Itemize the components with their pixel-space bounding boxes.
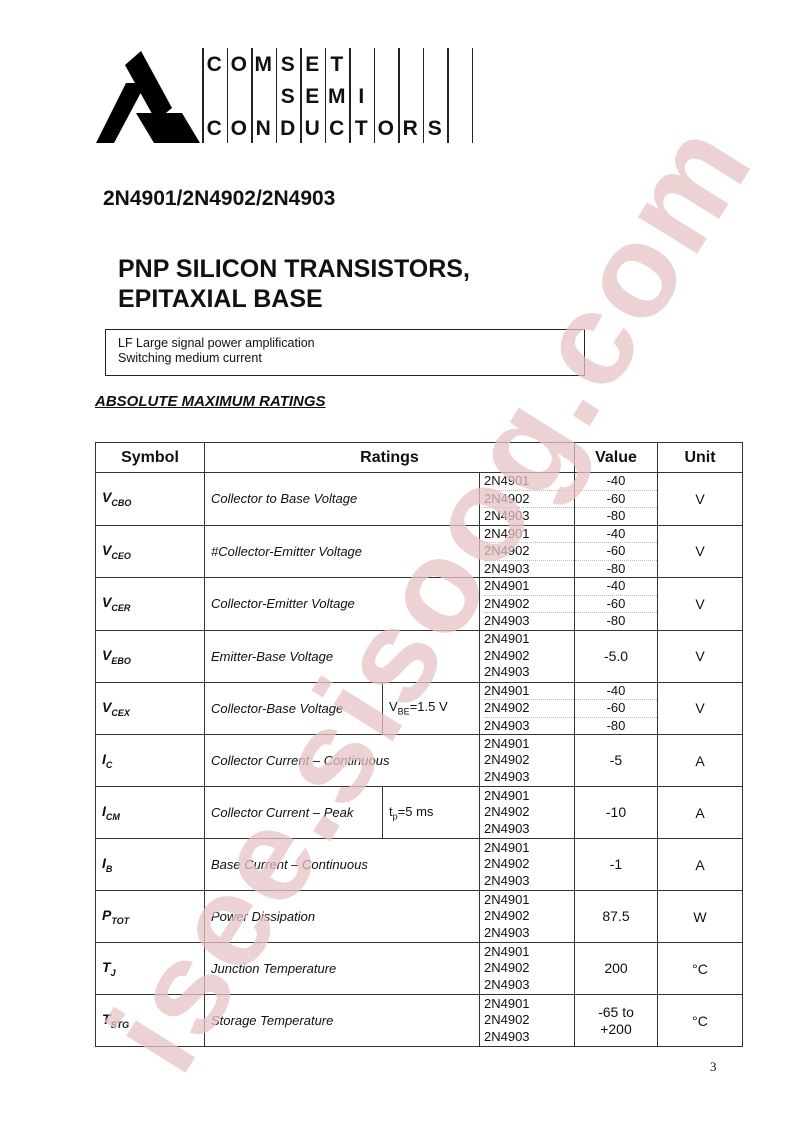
part-number: 2N4903 xyxy=(484,561,574,578)
part-number: 2N4903 xyxy=(484,873,574,890)
part-number: 2N4901 xyxy=(484,788,574,805)
value: 200 xyxy=(575,960,657,977)
logo-letter: T xyxy=(349,114,374,144)
table-row: VCBOCollector to Base Voltage2N49012N490… xyxy=(96,473,743,526)
header-ratings: Ratings xyxy=(205,443,575,473)
logo-divider xyxy=(227,48,229,143)
part-number: 2N4901 xyxy=(484,683,574,701)
logo-divider xyxy=(447,48,449,143)
logo-letter xyxy=(447,82,472,112)
part-number: 2N4903 xyxy=(484,613,574,630)
part-number: 2N4902 xyxy=(484,856,574,873)
symbol-cell: VCBO xyxy=(96,473,205,526)
logo-letter: N xyxy=(251,114,276,144)
part-numbers-cell: 2N49012N49022N4903 xyxy=(480,682,575,735)
logo-divider xyxy=(251,48,253,143)
table-row: VCERCollector-Emitter Voltage2N49012N490… xyxy=(96,578,743,631)
logo-divider xyxy=(276,48,278,143)
logo-letter xyxy=(398,82,423,112)
part-numbers-cell: 2N49012N49022N4903 xyxy=(480,735,575,787)
part-number: 2N4903 xyxy=(484,977,574,994)
logo-letter xyxy=(227,82,252,112)
rating-description: Junction Temperature xyxy=(205,943,480,995)
part-number: 2N4903 xyxy=(484,925,574,942)
part-numbers-cell: 2N49012N49022N4903 xyxy=(480,943,575,995)
logo-divider xyxy=(374,48,376,143)
logo-letter: M xyxy=(251,50,276,80)
table-row: VCEO#Collector-Emitter Voltage2N49012N49… xyxy=(96,525,743,578)
unit-cell: °C xyxy=(658,995,743,1047)
value: -60 xyxy=(575,543,657,561)
value: -80 xyxy=(575,718,657,735)
value: -60 xyxy=(575,491,657,509)
rating-description: Emitter-Base Voltage xyxy=(205,630,480,682)
page-number: 3 xyxy=(710,1059,717,1075)
logo-letter: M xyxy=(325,82,350,112)
unit-cell: V xyxy=(658,578,743,631)
symbol-cell: TSTG xyxy=(96,995,205,1047)
table-row: TJJunction Temperature2N49012N49022N4903… xyxy=(96,943,743,995)
part-number: 2N4901 xyxy=(484,840,574,857)
logo-letter: O xyxy=(227,114,252,144)
unit-cell: V xyxy=(658,682,743,735)
symbol-cell: VEBO xyxy=(96,630,205,682)
value-cell: 200 xyxy=(575,943,658,995)
part-number: 2N4902 xyxy=(484,1012,574,1029)
table-row: PTOTPower Dissipation2N49012N49022N49038… xyxy=(96,891,743,943)
logo-letter: S xyxy=(423,114,448,144)
feature-item: Switching medium current xyxy=(118,351,584,366)
value-cell: -5 xyxy=(575,735,658,787)
logo-letter: D xyxy=(276,114,301,144)
value: -65 to xyxy=(575,1004,657,1021)
logo-letter xyxy=(202,82,227,112)
unit-cell: V xyxy=(658,473,743,526)
logo-letter xyxy=(251,82,276,112)
rating-description: Collector-Base Voltage xyxy=(205,682,383,735)
main-title-line-2: EPITAXIAL BASE xyxy=(118,284,470,314)
logo-row: CONDUCTORS xyxy=(202,114,472,144)
logo-letter: R xyxy=(398,114,423,144)
part-number: 2N4903 xyxy=(484,821,574,838)
unit-cell: A xyxy=(658,735,743,787)
value: -1 xyxy=(575,856,657,873)
value: -5 xyxy=(575,752,657,769)
rating-description: Base Current – Continuous xyxy=(205,839,480,891)
symbol-cell: PTOT xyxy=(96,891,205,943)
symbol-cell: IB xyxy=(96,839,205,891)
rating-description: Collector to Base Voltage xyxy=(205,473,480,526)
logo-letter: C xyxy=(202,50,227,80)
logo-letter xyxy=(447,114,472,144)
unit-cell: V xyxy=(658,525,743,578)
logo-letter: C xyxy=(325,114,350,144)
unit-cell: V xyxy=(658,630,743,682)
part-number-title: 2N4901/2N4902/2N4903 xyxy=(103,187,335,211)
part-number: 2N4902 xyxy=(484,752,574,769)
logo-divider xyxy=(423,48,425,143)
table-row: ICCollector Current – Continuous2N49012N… xyxy=(96,735,743,787)
features-box: LF Large signal power amplification Swit… xyxy=(105,329,585,376)
part-numbers-cell: 2N49012N49022N4903 xyxy=(480,995,575,1047)
part-numbers-cell: 2N49012N49022N4903 xyxy=(480,473,575,526)
part-number: 2N4902 xyxy=(484,491,574,509)
logo-letter xyxy=(349,50,374,80)
part-number: 2N4903 xyxy=(484,718,574,735)
logo-row: COMSET xyxy=(202,50,472,80)
part-number: 2N4901 xyxy=(484,892,574,909)
value: -40 xyxy=(575,473,657,491)
header-symbol: Symbol xyxy=(96,443,205,473)
symbol-cell: VCEX xyxy=(96,682,205,735)
part-number: 2N4901 xyxy=(484,473,574,491)
logo-letter xyxy=(398,50,423,80)
part-number: 2N4902 xyxy=(484,648,574,665)
symbol-cell: VCEO xyxy=(96,525,205,578)
ratings-table: Symbol Ratings Value Unit VCBOCollector … xyxy=(95,442,743,1047)
logo-letter xyxy=(374,50,399,80)
header-value: Value xyxy=(575,443,658,473)
logo-letter: C xyxy=(202,114,227,144)
part-number: 2N4902 xyxy=(484,596,574,614)
part-number: 2N4903 xyxy=(484,664,574,681)
part-number: 2N4903 xyxy=(484,508,574,525)
part-number: 2N4902 xyxy=(484,908,574,925)
logo-divider xyxy=(472,48,474,143)
value-cell: -40-60-80 xyxy=(575,473,658,526)
logo-divider xyxy=(202,48,204,143)
rating-condition: tp=5 ms xyxy=(383,787,480,839)
value-cell: 87.5 xyxy=(575,891,658,943)
part-number: 2N4903 xyxy=(484,769,574,786)
rating-description: Collector Current – Continuous xyxy=(205,735,480,787)
symbol-cell: IC xyxy=(96,735,205,787)
part-numbers-cell: 2N49012N49022N4903 xyxy=(480,891,575,943)
part-numbers-cell: 2N49012N49022N4903 xyxy=(480,525,575,578)
symbol-cell: VCER xyxy=(96,578,205,631)
feature-item: LF Large signal power amplification xyxy=(118,336,584,351)
logo-divider xyxy=(398,48,400,143)
logo-row: SEMI xyxy=(202,82,472,112)
comset-triangle-logo-icon xyxy=(96,51,200,143)
rating-description: Collector Current – Peak xyxy=(205,787,383,839)
value: -40 xyxy=(575,683,657,701)
table-row: ICMCollector Current – Peaktp=5 ms2N4901… xyxy=(96,787,743,839)
unit-cell: W xyxy=(658,891,743,943)
value-cell: -10 xyxy=(575,787,658,839)
logo-letter xyxy=(447,50,472,80)
value: -60 xyxy=(575,700,657,718)
value-cell: -5.0 xyxy=(575,630,658,682)
part-number: 2N4901 xyxy=(484,996,574,1013)
main-title: PNP SILICON TRANSISTORS, EPITAXIAL BASE xyxy=(118,254,470,314)
symbol-cell: ICM xyxy=(96,787,205,839)
header-unit: Unit xyxy=(658,443,743,473)
table-row: TSTGStorage Temperature2N49012N49022N490… xyxy=(96,995,743,1047)
logo-letter xyxy=(423,50,448,80)
logo-letter xyxy=(374,82,399,112)
logo-letter: T xyxy=(325,50,350,80)
table-row: VEBOEmitter-Base Voltage2N49012N49022N49… xyxy=(96,630,743,682)
part-numbers-cell: 2N49012N49022N4903 xyxy=(480,630,575,682)
logo-letter: S xyxy=(276,50,301,80)
table-row: IBBase Current – Continuous2N49012N49022… xyxy=(96,839,743,891)
part-number: 2N4901 xyxy=(484,944,574,961)
logo-divider xyxy=(349,48,351,143)
rating-description: Collector-Emitter Voltage xyxy=(205,578,480,631)
logo-letter: E xyxy=(300,50,325,80)
logo-letter: I xyxy=(349,82,374,112)
part-number: 2N4901 xyxy=(484,526,574,544)
value-cell: -40-60-80 xyxy=(575,525,658,578)
value-cell: -40-60-80 xyxy=(575,578,658,631)
part-number: 2N4901 xyxy=(484,631,574,648)
part-numbers-cell: 2N49012N49022N4903 xyxy=(480,787,575,839)
logo-letter: S xyxy=(276,82,301,112)
logo-letter: E xyxy=(300,82,325,112)
logo-letter: O xyxy=(374,114,399,144)
section-title: ABSOLUTE MAXIMUM RATINGS xyxy=(95,393,326,410)
value: -80 xyxy=(575,561,657,578)
company-logo: COMSETSEMICONDUCTORS xyxy=(96,48,466,143)
rating-description: Power Dissipation xyxy=(205,891,480,943)
value: -80 xyxy=(575,508,657,525)
part-number: 2N4903 xyxy=(484,1029,574,1046)
part-numbers-cell: 2N49012N49022N4903 xyxy=(480,578,575,631)
value: -40 xyxy=(575,526,657,544)
value: -80 xyxy=(575,613,657,630)
value-cell: -65 to+200 xyxy=(575,995,658,1047)
unit-cell: A xyxy=(658,839,743,891)
logo-letter xyxy=(423,82,448,112)
value: 87.5 xyxy=(575,908,657,925)
table-header-row: Symbol Ratings Value Unit xyxy=(96,443,743,473)
logo-letter: U xyxy=(300,114,325,144)
unit-cell: A xyxy=(658,787,743,839)
rating-description: #Collector-Emitter Voltage xyxy=(205,525,480,578)
part-number: 2N4901 xyxy=(484,578,574,596)
logo-divider xyxy=(325,48,327,143)
value: +200 xyxy=(575,1021,657,1038)
part-numbers-cell: 2N49012N49022N4903 xyxy=(480,839,575,891)
part-number: 2N4902 xyxy=(484,543,574,561)
value: -40 xyxy=(575,578,657,596)
part-number: 2N4901 xyxy=(484,736,574,753)
logo-divider xyxy=(300,48,302,143)
logo-letter: O xyxy=(227,50,252,80)
rating-condition: VBE=1.5 V xyxy=(383,682,480,735)
value: -10 xyxy=(575,804,657,821)
part-number: 2N4902 xyxy=(484,804,574,821)
part-number: 2N4902 xyxy=(484,960,574,977)
main-title-line-1: PNP SILICON TRANSISTORS, xyxy=(118,254,470,284)
table-row: VCEXCollector-Base VoltageVBE=1.5 V2N490… xyxy=(96,682,743,735)
symbol-cell: TJ xyxy=(96,943,205,995)
unit-cell: °C xyxy=(658,943,743,995)
rating-description: Storage Temperature xyxy=(205,995,480,1047)
value-cell: -40-60-80 xyxy=(575,682,658,735)
value-cell: -1 xyxy=(575,839,658,891)
value: -5.0 xyxy=(575,648,657,665)
part-number: 2N4902 xyxy=(484,700,574,718)
value: -60 xyxy=(575,596,657,614)
